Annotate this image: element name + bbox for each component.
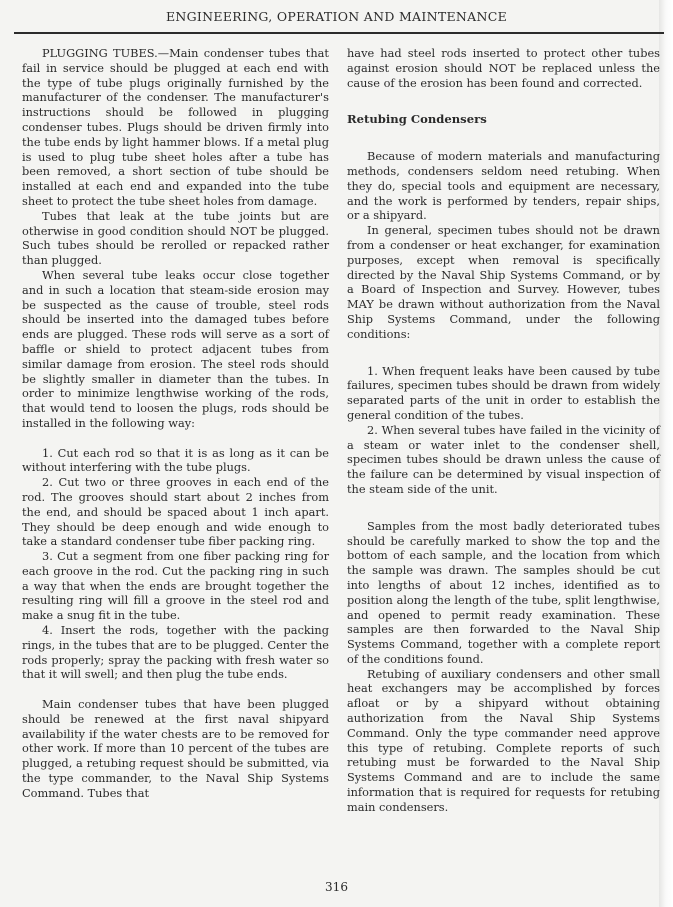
plugging-tubes-text: Main condenser tubes that fail in servic… <box>22 46 329 208</box>
paragraph-renewal-end: have had steel rods inserted to protect … <box>347 46 660 90</box>
condition-item: 2. When several tubes have failed in the… <box>347 423 660 497</box>
spacer <box>22 682 329 697</box>
condition-item: 1. When frequent leaks have been caused … <box>347 364 660 423</box>
step-item: 1. Cut each rod so that it is as long as… <box>22 446 329 476</box>
spacer <box>347 127 660 149</box>
paragraph-renewal-start: Main condenser tubes that have been plug… <box>22 697 329 801</box>
paragraph-specimen: In general, specimen tubes should not be… <box>347 223 660 341</box>
paragraph-modern-materials: Because of modern materials and manufact… <box>347 149 660 223</box>
step-item: 3. Cut a segment from one fiber packing … <box>22 549 329 623</box>
paragraph-auxiliary: Retubing of auxiliary condensers and oth… <box>347 667 660 815</box>
spacer <box>347 90 660 112</box>
page-number: 316 <box>0 880 673 894</box>
header-rule <box>14 32 664 34</box>
right-column: have had steel rods inserted to protect … <box>347 46 660 815</box>
spacer <box>347 342 660 364</box>
step-item: 4. Insert the rods, together with the pa… <box>22 623 329 682</box>
running-head: ENGINEERING, OPERATION AND MAINTENANCE <box>0 9 673 24</box>
page-edge-shadow <box>659 0 673 907</box>
step-item: 2. Cut two or three grooves in each end … <box>22 475 329 549</box>
spacer <box>347 497 660 519</box>
plugging-tubes-lead-in: PLUGGING TUBES.— <box>42 46 169 60</box>
paragraph-plugging-tubes: PLUGGING TUBES.—Main condenser tubes tha… <box>22 46 329 209</box>
spacer <box>22 431 329 446</box>
paragraph-leaking-joints: Tubes that leak at the tube joints but a… <box>22 209 329 268</box>
paragraph-samples: Samples from the most badly deteriorated… <box>347 519 660 667</box>
section-heading-retubing: Retubing Condensers <box>347 112 660 127</box>
left-column: PLUGGING TUBES.—Main condenser tubes tha… <box>22 46 329 801</box>
paragraph-several-leaks: When several tube leaks occur close toge… <box>22 268 329 431</box>
